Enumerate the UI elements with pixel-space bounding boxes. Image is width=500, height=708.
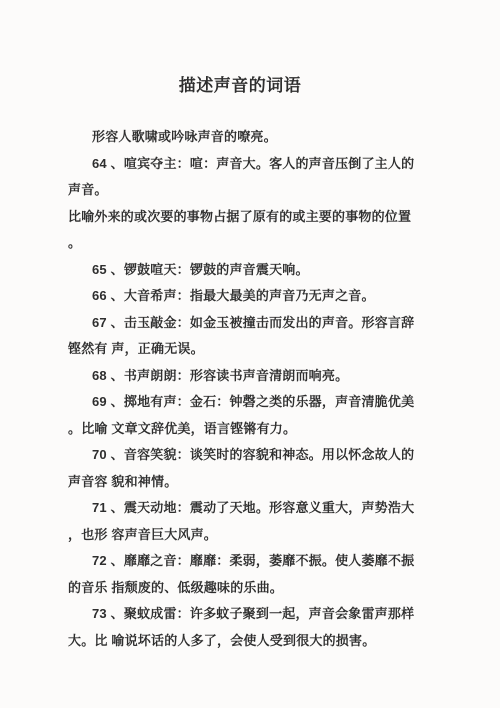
text-line: 。 [68,230,442,257]
text-line: 65 、锣鼓喧天：锣鼓的声音震天响。 [68,257,442,284]
text-line: 72 、靡靡之音：靡靡：柔弱，萎靡不振。使人萎靡不振 [68,548,442,575]
text-line: 声音。 [68,177,442,204]
text-line: 大。比 喻说坏话的人多了，会使人受到很大的损害。 [68,628,442,655]
text-line: 73 、聚蚊成雷：许多蚊子聚到一起，声音会象雷声那样 [68,601,442,628]
text-line: ，也形 容声音巨大风声。 [68,522,442,549]
text-line: 64 、喧宾夺主：喧：声音大。客人的声音压倒了主人的 [68,151,442,178]
text-line: 。比喻 文章文辞优美，语言铿锵有力。 [68,416,442,443]
text-line: 铿然有 声，正确无误。 [68,336,442,363]
text-line: 69 、掷地有声：金石：钟磬之类的乐器，声音清脆优美 [68,389,442,416]
text-line: 比喻外来的或次要的事物占据了原有的或主要的事物的位置 [68,204,442,231]
text-line: 70 、音容笑貌：谈笑时的容貌和神态。用以怀念故人的 [68,442,442,469]
text-line: 71 、震天动地：震动了天地。形容意义重大，声势浩大 [68,495,442,522]
text-line: 66 、大音希声：指最大最美的声音乃无声之音。 [68,283,442,310]
text-line: 68 、书声朗朗：形容读书声音清朗而响亮。 [68,363,442,390]
text-line: 形容人歌啸或吟咏声音的嘹亮。 [68,124,442,151]
text-line: 声音容 貌和神情。 [68,469,442,496]
text-line: 的音乐 指颓废的、低级趣味的乐曲。 [68,575,442,602]
text-line: 67 、击玉敲金：如金玉被撞击而发出的声音。形容言辞 [68,310,442,337]
page-title: 描述声音的词语 [68,71,412,96]
document-body: 形容人歌啸或吟咏声音的嘹亮。64 、喧宾夺主：喧：声音大。客人的声音压倒了主人的… [68,124,442,654]
document-page: 描述声音的词语 形容人歌啸或吟咏声音的嘹亮。64 、喧宾夺主：喧：声音大。客人的… [0,0,500,708]
